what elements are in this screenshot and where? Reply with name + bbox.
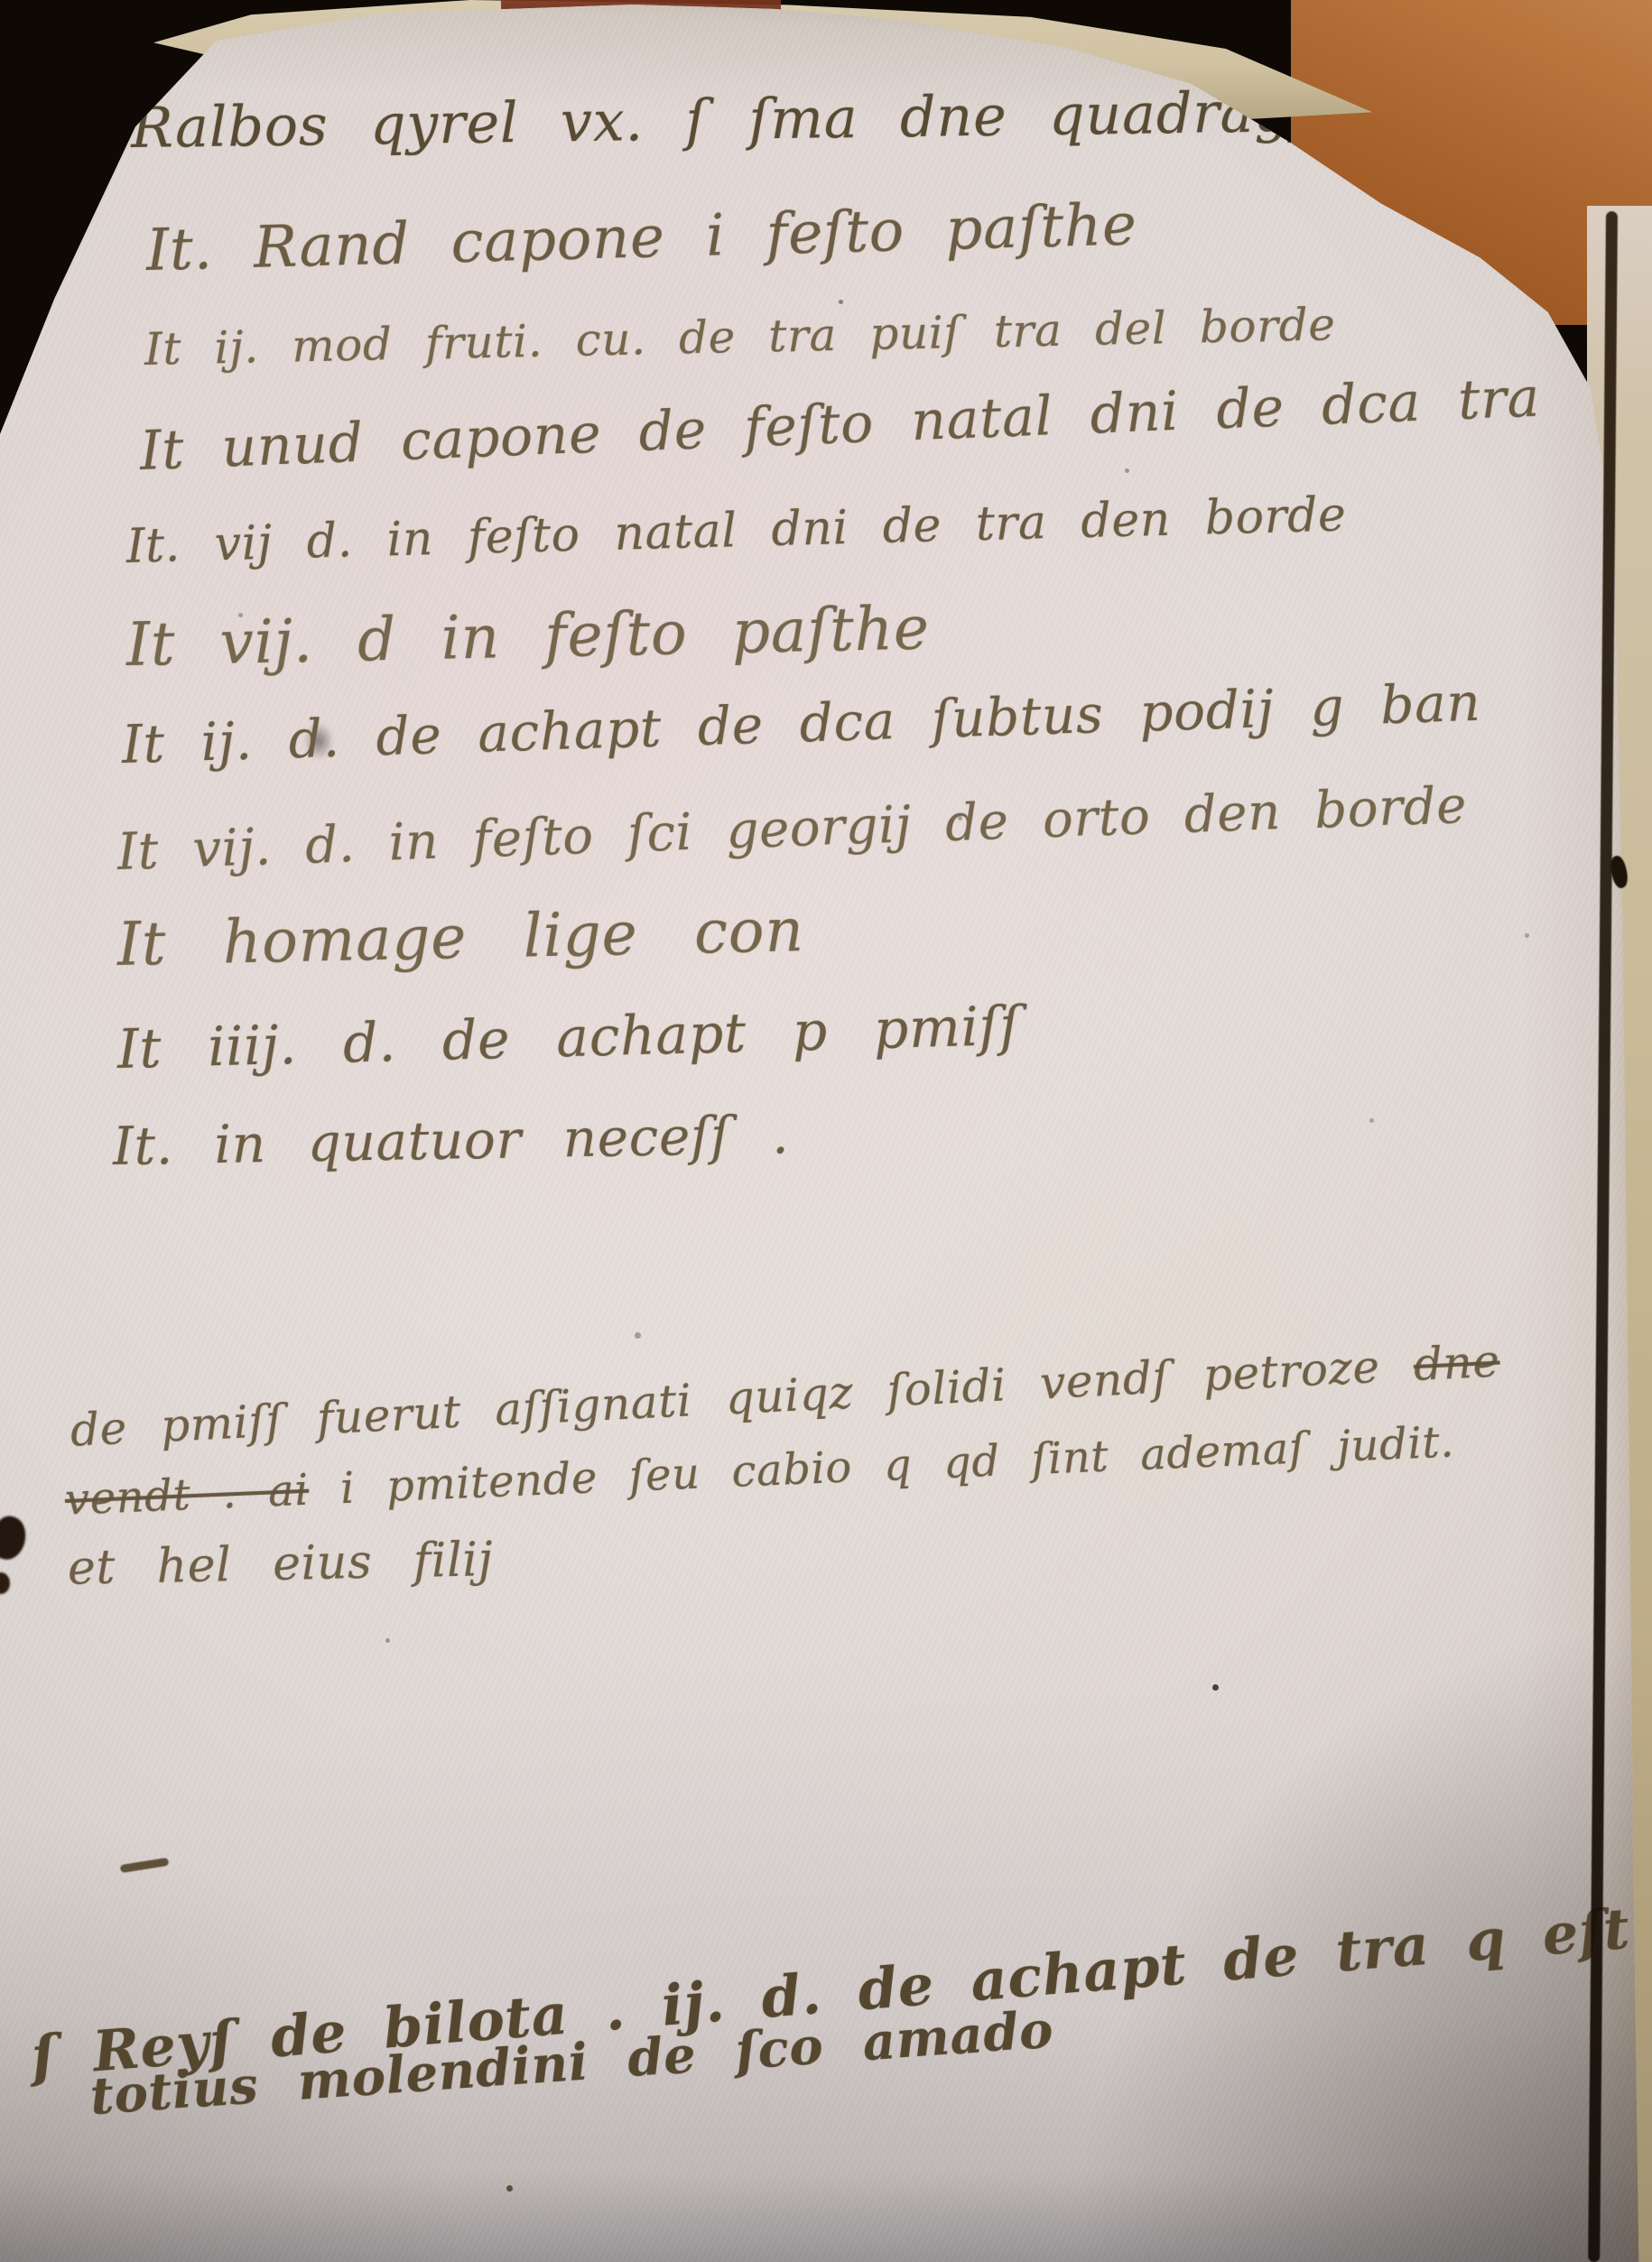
ledger-entry-line: It. in quatuor neceſſ . bbox=[112, 1108, 789, 1173]
ledger-entry-line: It iiij. d. de achapt p pmiſſ bbox=[116, 999, 1021, 1077]
addendum-dash bbox=[120, 1858, 170, 1873]
struck-word: vendt . ai bbox=[64, 1465, 310, 1525]
paper-speckles bbox=[0, 0, 3, 3]
struck-word: dne bbox=[1413, 1335, 1501, 1392]
ink-blot bbox=[0, 1513, 31, 1563]
ledger-entry-line: It. Rand capone i feſto paſthe bbox=[145, 196, 1137, 280]
ledger-entry-line: It homage lige con bbox=[116, 901, 804, 975]
note-line-3: et hel eius filij bbox=[67, 1536, 493, 1592]
ledger-entry-line: It ij. mod fruti. cu. de tra puiſ tra de… bbox=[144, 301, 1335, 372]
ledger-entry-line: It ij. d. de achapt de dca ſubtus podij … bbox=[121, 676, 1481, 771]
ledger-entry-line: It. vij d. in feſto natal dni de tra den… bbox=[125, 492, 1347, 570]
ledger-entry-line: It vij. d. in feſto ſci georgij de orto … bbox=[116, 781, 1468, 878]
page-sheet: ſ Ralbos qyrel vx. ſ ſma dne quadragſ de… bbox=[0, 0, 1652, 2262]
ledger-entry-line: It vij. d in feſto paſthe bbox=[125, 598, 930, 675]
manuscript-photo: ſ Ralbos qyrel vx. ſ ſma dne quadragſ de… bbox=[0, 0, 1652, 2262]
ink-blot-small bbox=[0, 1572, 10, 1594]
ledger-entry-line: It unud capone de feſto natal dni de dca… bbox=[139, 370, 1541, 478]
